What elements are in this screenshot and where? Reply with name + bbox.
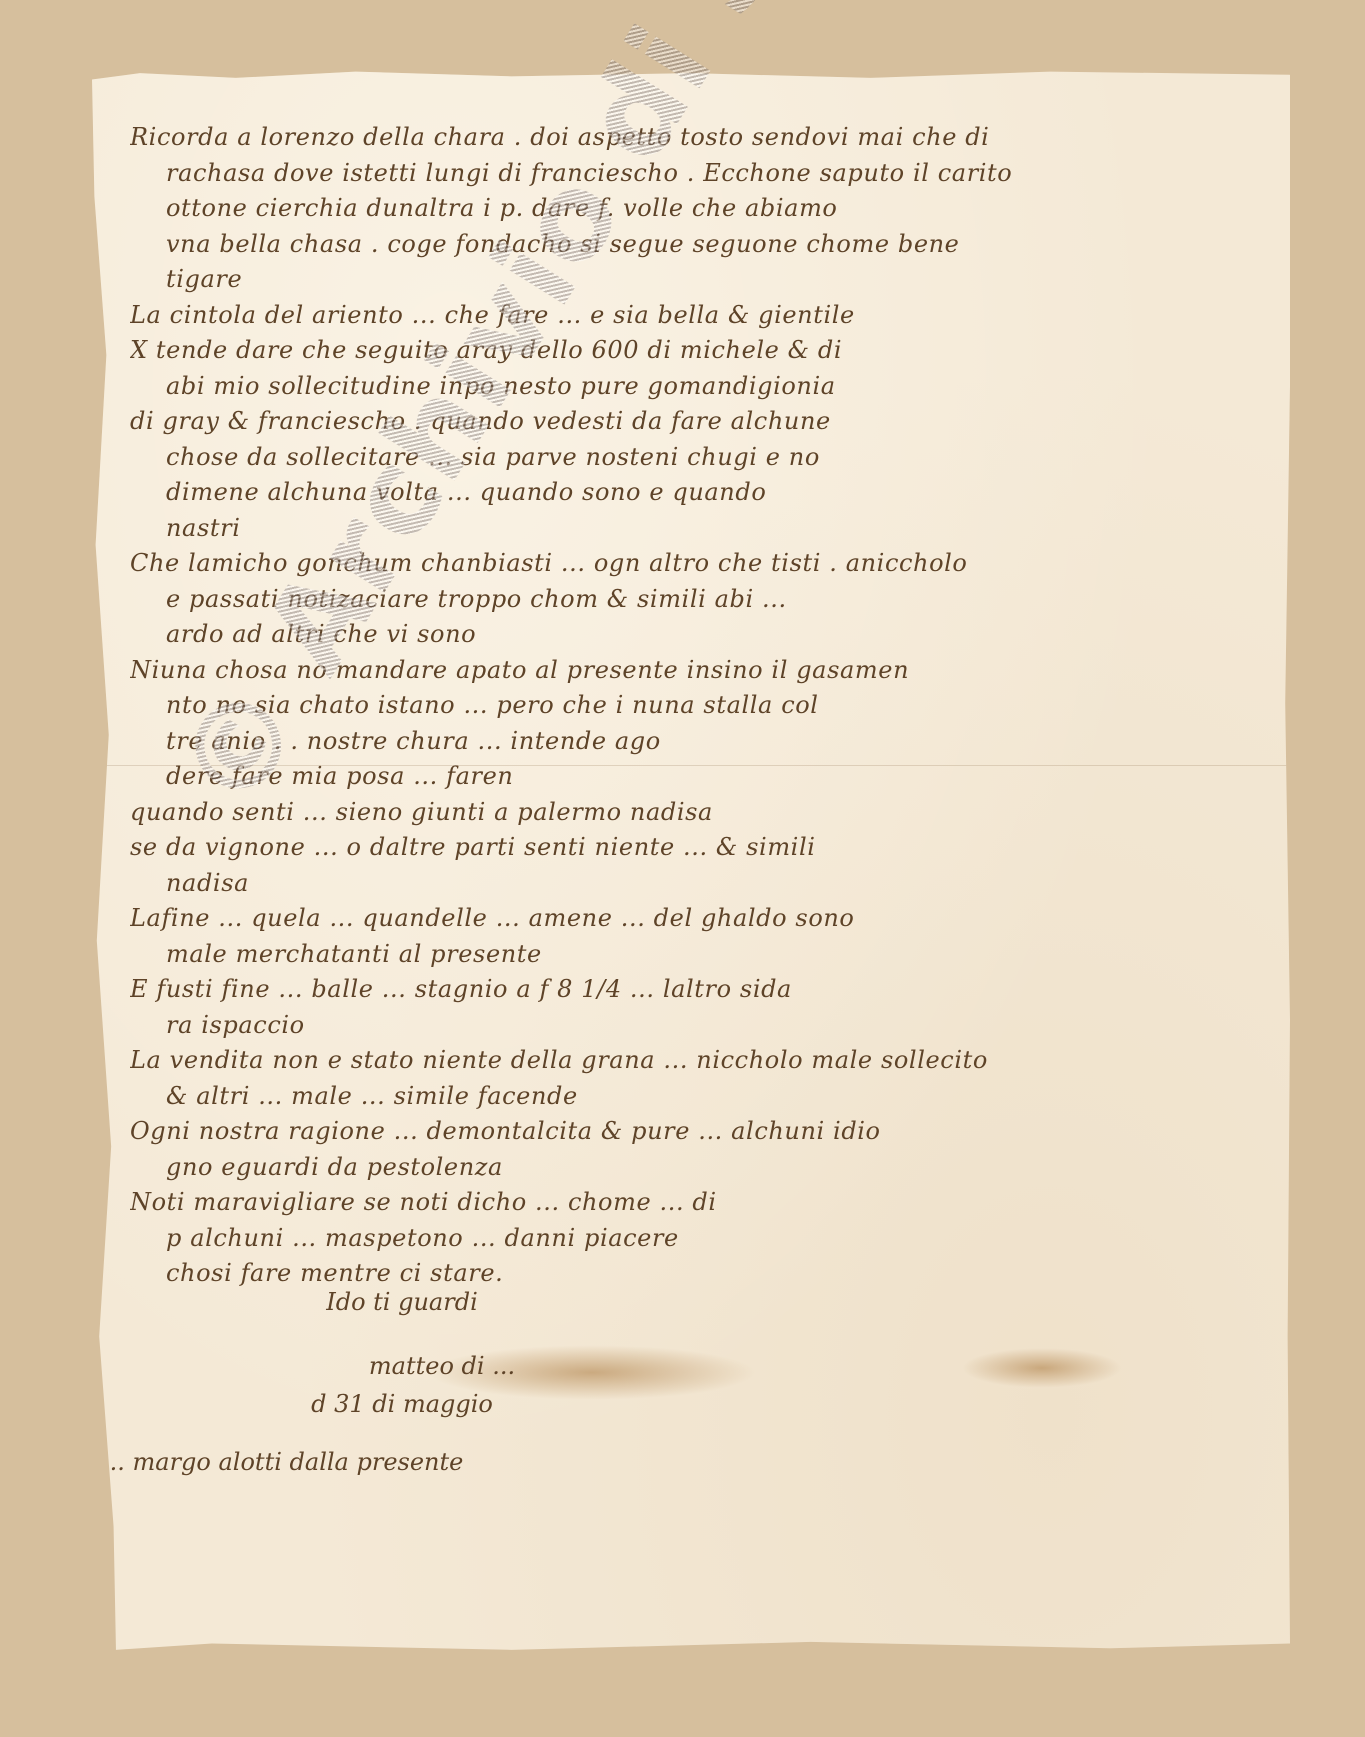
- text-line: chosi fare mentre ci stare.: [130, 1256, 1254, 1292]
- date-line: d 31 di maggio: [152, 1390, 652, 1418]
- text-line: male merchatanti al presente: [130, 937, 1254, 973]
- text-line: e passati notizaciare troppo chom & simi…: [130, 582, 1254, 618]
- text-line: E fusti fine ... balle ... stagnio a f 8…: [130, 972, 1254, 1008]
- text-line: dere fare mia posa ... faren: [130, 759, 1254, 795]
- text-line: ardo ad altri che vi sono: [130, 617, 1254, 653]
- postscript: ... margo alotti dalla presente: [92, 1448, 862, 1476]
- text-line: Lafine ... quela ... quandelle ... amene…: [130, 901, 1254, 937]
- text-line: nastri: [130, 511, 1254, 547]
- text-line: dimene alchuna volta ... quando sono e q…: [130, 475, 1254, 511]
- text-line: nto no sia chato istano ... pero che i n…: [130, 688, 1254, 724]
- text-line: nadisa: [130, 866, 1254, 902]
- text-line: X tende dare che seguito aray dello 600 …: [130, 333, 1254, 369]
- letter-body: Ricorda a lorenzo della chara . doi aspe…: [130, 120, 1254, 1292]
- signature: matteo di ...: [192, 1352, 692, 1380]
- manuscript-sheet: Ricorda a lorenzo della chara . doi aspe…: [92, 70, 1290, 1653]
- text-line: chose da sollecitare ... sia parve noste…: [130, 440, 1254, 476]
- ink-stain: [962, 1348, 1122, 1388]
- text-line: se da vignone ... o daltre parti senti n…: [130, 830, 1254, 866]
- text-line: tigare: [130, 262, 1254, 298]
- text-line: quando senti ... sieno giunti a palermo …: [130, 795, 1254, 831]
- text-line: gno eguardi da pestolenza: [130, 1150, 1254, 1186]
- text-line: La vendita non e stato niente della gran…: [130, 1043, 1254, 1079]
- text-line: p alchuni ... maspetono ... danni piacer…: [130, 1221, 1254, 1257]
- text-line: rachasa dove istetti lungi di franciesch…: [130, 156, 1254, 192]
- text-line: Niuna chosa no mandare apato al presente…: [130, 653, 1254, 689]
- text-line: di gray & franciescho . quando vedesti d…: [130, 404, 1254, 440]
- text-line: Noti maravigliare se noti dicho ... chom…: [130, 1185, 1254, 1221]
- text-line: Che lamicho gonchum chanbiasti ... ogn a…: [130, 546, 1254, 582]
- text-line: La cintola del ariento ... che fare ... …: [130, 298, 1254, 334]
- text-line: abi mio sollecitudine inpo nesto pure go…: [130, 369, 1254, 405]
- text-line: Ogni nostra ragione ... demontalcita & p…: [130, 1114, 1254, 1150]
- text-line: ottone cierchia dunaltra i p. dare f. vo…: [130, 191, 1254, 227]
- text-line: tre anio . . nostre chura ... intende ag…: [130, 724, 1254, 760]
- closing-salutation: Ido ti guardi: [152, 1288, 652, 1316]
- text-line: & altri ... male ... simile facende: [130, 1079, 1254, 1115]
- text-line: Ricorda a lorenzo della chara . doi aspe…: [130, 120, 1254, 156]
- text-line: vna bella chasa . coge fondacho si segue…: [130, 227, 1254, 263]
- text-line: ra ispaccio: [130, 1008, 1254, 1044]
